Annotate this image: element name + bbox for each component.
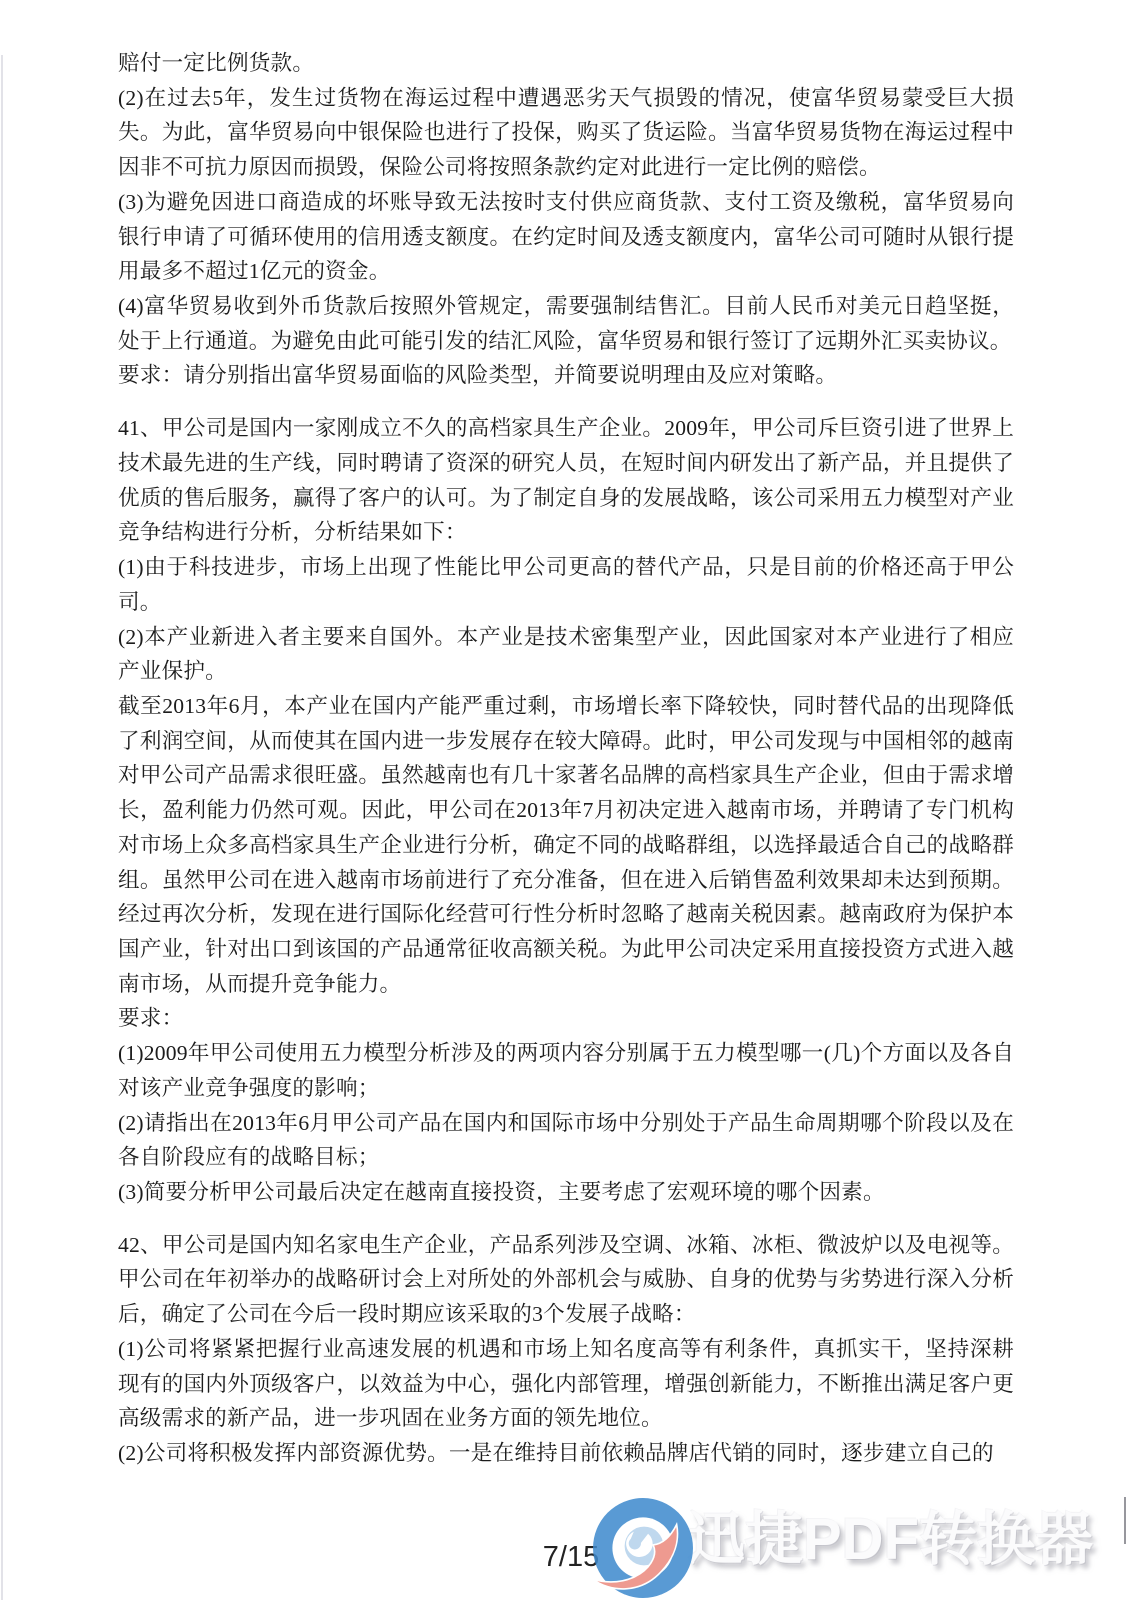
page-footer: 7/15 bbox=[0, 1541, 1130, 1574]
pdf-converter-logo-icon bbox=[592, 1496, 694, 1600]
paragraph: (3)为避免因进口商造成的坏账导致无法按时支付供应商货款、支付工资及缴税，富华贸… bbox=[118, 185, 1014, 289]
paragraph: 41、甲公司是国内一家刚成立不久的高档家具生产企业。2009年，甲公司斥巨资引进… bbox=[118, 411, 1014, 550]
paragraph: (2)请指出在2013年6月甲公司产品在国内和国际市场中分别处于产品生命周期哪个… bbox=[118, 1106, 1014, 1175]
paragraph: (1)2009年甲公司使用五力模型分析涉及的两项内容分别属于五力模型哪一(几)个… bbox=[118, 1036, 1014, 1105]
paragraph: (1)由于科技进步，市场上出现了性能比甲公司更高的替代产品，只是目前的价格还高于… bbox=[118, 550, 1014, 619]
paragraph: 赔付一定比例货款。 bbox=[118, 46, 1014, 81]
paragraph: 42、甲公司是国内知名家电生产企业，产品系列涉及空调、冰箱、冰柜、微波炉以及电视… bbox=[118, 1228, 1014, 1332]
document-page: { "document": { "paragraphs": [ { "text"… bbox=[0, 0, 1130, 1600]
document-body: 赔付一定比例货款。(2)在过去5年，发生过货物在海运过程中遭遇恶劣天气损毁的情况… bbox=[118, 46, 1014, 1471]
paragraph: 截至2013年6月，本产业在国内产能严重过剩，市场增长率下降较快，同时替代品的出… bbox=[118, 689, 1014, 1001]
page-edge-left-line bbox=[1, 55, 3, 1600]
paragraph: (3)简要分析甲公司最后决定在越南直接投资，主要考虑了宏观环境的哪个因素。 bbox=[118, 1175, 1014, 1210]
page-edge-right-line bbox=[1124, 1497, 1126, 1544]
paragraph: 要求： bbox=[118, 1001, 1014, 1036]
page-number: 7/15 bbox=[543, 1541, 599, 1573]
paragraph: (2)本产业新进入者主要来自国外。本产业是技术密集型产业，因此国家对本产业进行了… bbox=[118, 620, 1014, 689]
paragraph: (4)富华贸易收到外币货款后按照外管规定，需要强制结售汇。目前人民币对美元日趋坚… bbox=[118, 289, 1014, 358]
paragraph: (2)公司将积极发挥内部资源优势。一是在维持目前依赖品牌店代销的同时，逐步建立自… bbox=[118, 1436, 1014, 1471]
paragraph: (2)在过去5年，发生过货物在海运过程中遭遇恶劣天气损毁的情况，使富华贸易蒙受巨… bbox=[118, 81, 1014, 185]
paragraph: 要求：请分别指出富华贸易面临的风险类型，并简要说明理由及应对策略。 bbox=[118, 358, 1014, 393]
paragraph: (1)公司将紧紧把握行业高速发展的机遇和市场上知名度高等有利条件，真抓实干，坚持… bbox=[118, 1332, 1014, 1436]
